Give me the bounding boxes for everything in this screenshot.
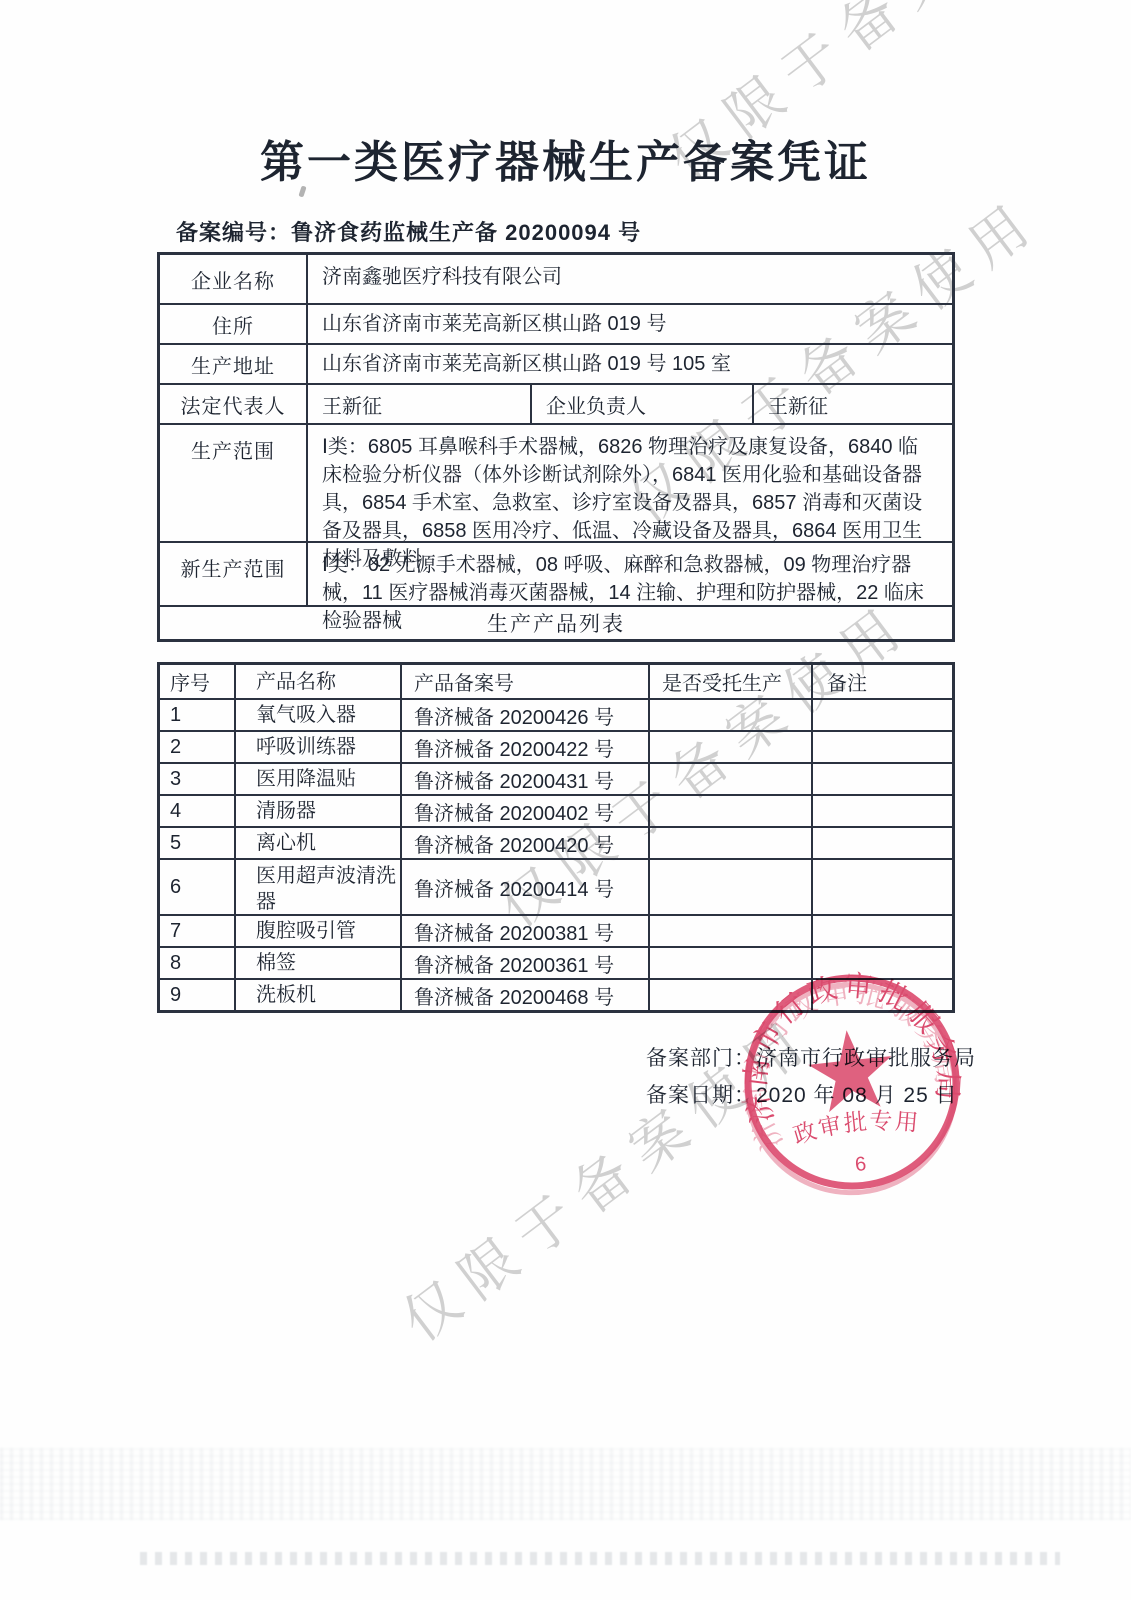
table-row: 企业名称 济南鑫驰医疗科技有限公司 bbox=[160, 255, 952, 303]
filing-number-value: 鲁济食药监械生产备 20200094 号 bbox=[291, 220, 641, 245]
cell-filing-no: 鲁济械备 20200402 号 bbox=[402, 796, 650, 826]
table-row: 2 呼吸训练器 鲁济械备 20200422 号 bbox=[160, 730, 952, 762]
cell-seq: 7 bbox=[160, 916, 236, 946]
field-value-enterprise-manager: 王新征 bbox=[754, 385, 952, 423]
cell-filing-no: 鲁济械备 20200431 号 bbox=[402, 764, 650, 794]
cell-filing-no: 鲁济械备 20200422 号 bbox=[402, 732, 650, 762]
cell-product-name: 医用降温贴 bbox=[236, 764, 402, 794]
stamp-star-icon bbox=[805, 1026, 896, 1114]
cell-remarks bbox=[813, 916, 952, 946]
table-row: 住所 山东省济南市莱芜高新区棋山路 019 号 bbox=[160, 303, 952, 343]
table-row: 7 腹腔吸引管 鲁济械备 20200381 号 bbox=[160, 914, 952, 946]
cell-seq: 1 bbox=[160, 700, 236, 730]
field-label-enterprise-manager: 企业负责人 bbox=[532, 385, 754, 423]
cell-entrusted bbox=[650, 860, 813, 914]
cell-filing-no: 鲁济械备 20200381 号 bbox=[402, 916, 650, 946]
cell-seq: 2 bbox=[160, 732, 236, 762]
field-value-company-name: 济南鑫驰医疗科技有限公司 bbox=[308, 255, 952, 303]
filing-number-line: 备案编号：鲁济食药监械生产备 20200094 号 bbox=[176, 216, 641, 247]
cell-product-name: 离心机 bbox=[236, 828, 402, 858]
cell-product-name: 腹腔吸引管 bbox=[236, 916, 402, 946]
scan-noise-line bbox=[140, 1552, 1060, 1565]
cell-entrusted bbox=[650, 700, 813, 730]
table-row: 6 医用超声波清洗器 鲁济械备 20200414 号 bbox=[160, 858, 952, 914]
cell-entrusted bbox=[650, 764, 813, 794]
cell-seq: 6 bbox=[160, 860, 236, 914]
scan-noise-band bbox=[0, 1448, 1131, 1520]
stamp-number: 6 bbox=[854, 1153, 867, 1176]
official-stamp: 济南市行政审批服务局 济南市行政审批服务局 行政审批专用章 6 bbox=[736, 966, 968, 1198]
cell-product-name: 医用超声波清洗器 bbox=[236, 860, 402, 914]
cell-remarks bbox=[813, 764, 952, 794]
field-value-new-production-scope: Ⅰ类：02 无源手术器械，08 呼吸、麻醉和急救器械，09 物理治疗器械，11 … bbox=[308, 543, 952, 605]
cell-product-name: 氧气吸入器 bbox=[236, 700, 402, 730]
column-header-filing-no: 产品备案号 bbox=[402, 665, 650, 698]
page-title: 第一类医疗器械生产备案凭证 bbox=[0, 126, 1131, 190]
scanned-certificate-page: 仅限于备案使用 仅限于备案使用 仅限于备案使用 仅限于备案使用 第一类医疗器械生… bbox=[0, 0, 1131, 1600]
field-label-production-scope: 生产范围 bbox=[160, 425, 308, 541]
cell-seq: 3 bbox=[160, 764, 236, 794]
table-row: 1 氧气吸入器 鲁济械备 20200426 号 bbox=[160, 698, 952, 730]
cell-entrusted bbox=[650, 916, 813, 946]
product-table: 序号 产品名称 产品备案号 是否受托生产 备注 1 氧气吸入器 鲁济械备 202… bbox=[157, 662, 955, 1013]
column-header-remarks: 备注 bbox=[813, 665, 952, 698]
cell-remarks bbox=[813, 796, 952, 826]
cell-product-name: 洗板机 bbox=[236, 980, 402, 1010]
field-value-residence: 山东省济南市莱芜高新区棋山路 019 号 bbox=[308, 305, 952, 343]
cell-entrusted bbox=[650, 796, 813, 826]
cell-filing-no: 鲁济械备 20200426 号 bbox=[402, 700, 650, 730]
cell-filing-no: 鲁济械备 20200420 号 bbox=[402, 828, 650, 858]
column-header-entrusted: 是否受托生产 bbox=[650, 665, 813, 698]
product-table-header-row: 序号 产品名称 产品备案号 是否受托生产 备注 bbox=[160, 665, 952, 698]
table-row: 生产产品列表 bbox=[160, 605, 952, 639]
cell-remarks bbox=[813, 732, 952, 762]
cell-entrusted bbox=[650, 828, 813, 858]
column-header-name: 产品名称 bbox=[236, 665, 402, 698]
field-label-residence: 住所 bbox=[160, 305, 308, 343]
product-list-section-title: 生产产品列表 bbox=[160, 607, 952, 639]
field-value-legal-representative: 王新征 bbox=[308, 385, 532, 423]
cell-product-name: 棉签 bbox=[236, 948, 402, 978]
cell-filing-no: 鲁济械备 20200361 号 bbox=[402, 948, 650, 978]
table-row: 4 清肠器 鲁济械备 20200402 号 bbox=[160, 794, 952, 826]
field-label-new-production-scope: 新生产范围 bbox=[160, 543, 308, 605]
table-row: 5 离心机 鲁济械备 20200420 号 bbox=[160, 826, 952, 858]
filing-number-label: 备案编号： bbox=[176, 220, 291, 245]
column-header-seq: 序号 bbox=[160, 665, 236, 698]
table-row: 生产地址 山东省济南市莱芜高新区棋山路 019 号 105 室 bbox=[160, 343, 952, 383]
cell-product-name: 呼吸训练器 bbox=[236, 732, 402, 762]
field-label-legal-representative: 法定代表人 bbox=[160, 385, 308, 423]
table-row: 新生产范围 Ⅰ类：02 无源手术器械，08 呼吸、麻醉和急救器械，09 物理治疗… bbox=[160, 541, 952, 605]
cell-remarks bbox=[813, 700, 952, 730]
table-row: 生产范围 Ⅰ类：6805 耳鼻喉科手术器械，6826 物理治疗及康复设备，684… bbox=[160, 423, 952, 541]
table-row: 法定代表人 王新征 企业负责人 王新征 bbox=[160, 383, 952, 423]
cell-seq: 8 bbox=[160, 948, 236, 978]
cell-filing-no: 鲁济械备 20200414 号 bbox=[402, 860, 650, 914]
table-row: 3 医用降温贴 鲁济械备 20200431 号 bbox=[160, 762, 952, 794]
field-label-company-name: 企业名称 bbox=[160, 255, 308, 303]
cell-filing-no: 鲁济械备 20200468 号 bbox=[402, 980, 650, 1010]
cell-product-name: 清肠器 bbox=[236, 796, 402, 826]
cell-seq: 4 bbox=[160, 796, 236, 826]
cell-seq: 9 bbox=[160, 980, 236, 1010]
cell-remarks bbox=[813, 828, 952, 858]
company-info-table: 企业名称 济南鑫驰医疗科技有限公司 住所 山东省济南市莱芜高新区棋山路 019 … bbox=[157, 252, 955, 642]
field-label-production-address: 生产地址 bbox=[160, 345, 308, 383]
cell-entrusted bbox=[650, 732, 813, 762]
field-value-production-address: 山东省济南市莱芜高新区棋山路 019 号 105 室 bbox=[308, 345, 952, 383]
cell-seq: 5 bbox=[160, 828, 236, 858]
cell-remarks bbox=[813, 860, 952, 914]
field-value-production-scope: Ⅰ类：6805 耳鼻喉科手术器械，6826 物理治疗及康复设备，6840 临床检… bbox=[308, 425, 952, 541]
